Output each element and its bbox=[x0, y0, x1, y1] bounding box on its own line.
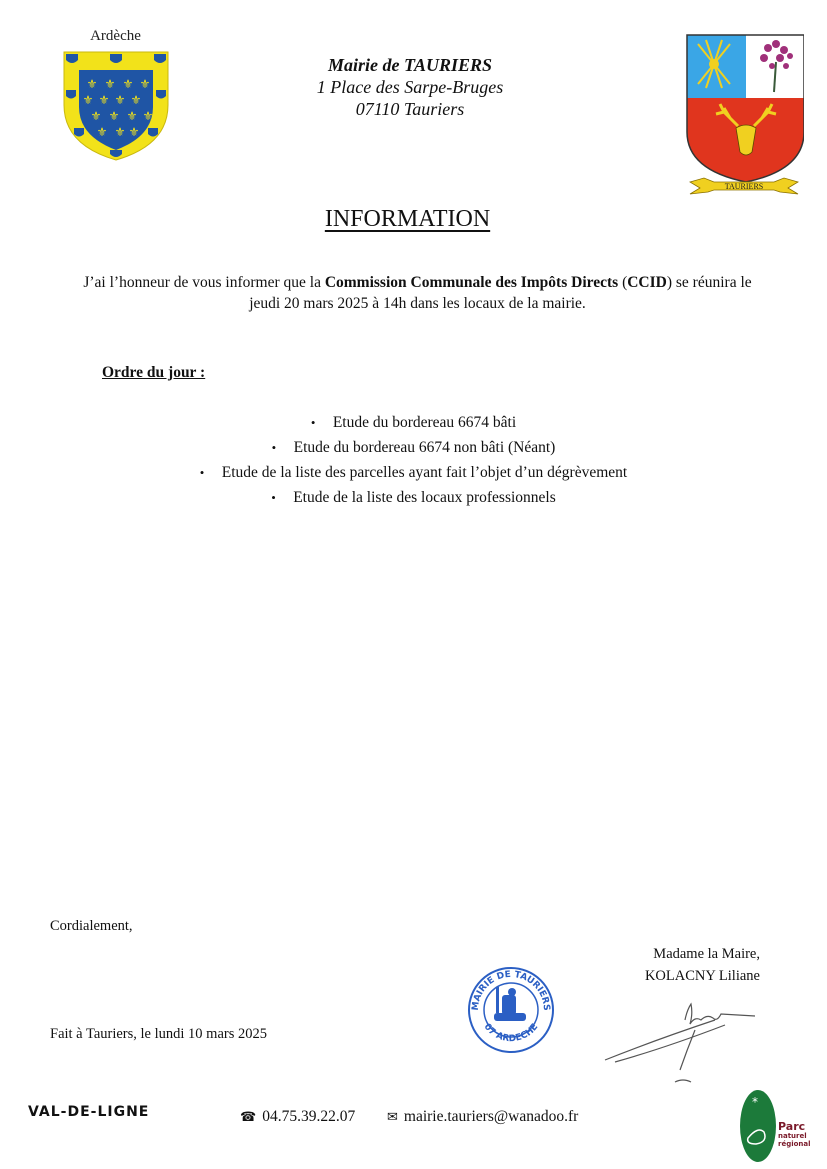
park-text: Parc naturel régional bbox=[778, 1121, 811, 1148]
mairie-address: 1 Place des Sarpe-Bruges bbox=[250, 76, 570, 98]
svg-text:⚜: ⚜ bbox=[83, 93, 94, 107]
svg-text:07 ARDECHE: 07 ARDECHE bbox=[482, 1022, 541, 1044]
signatory-title: Madame la Maire, bbox=[600, 943, 760, 965]
bullet-icon: • bbox=[272, 435, 294, 460]
footer-phone: ☎04.75.39.22.07 bbox=[240, 1108, 355, 1126]
svg-text:⚜: ⚜ bbox=[131, 93, 142, 107]
stamp-bottom-text: 07 ARDECHE bbox=[482, 1022, 541, 1044]
svg-text:⚜: ⚜ bbox=[99, 93, 110, 107]
parc-naturel-regional-logo: * Parc naturel régional bbox=[738, 1088, 823, 1166]
official-stamp: MAIRIE DE TAURIERS 07 ARDECHE bbox=[466, 965, 556, 1060]
intro-text-1: J’ai l’honneur de vous informer que la bbox=[83, 274, 324, 291]
val-de-ligne-logo: VAL-DE-LIGNE bbox=[28, 1104, 149, 1120]
agenda-item-text: Etude de la liste des locaux professionn… bbox=[293, 489, 556, 506]
envelope-icon: ✉ bbox=[387, 1110, 398, 1125]
agenda-item: •Etude de la liste des locaux profession… bbox=[0, 485, 827, 510]
svg-text:*: * bbox=[752, 1095, 758, 1109]
agenda-item-text: Etude du bordereau 6674 non bâti (Néant) bbox=[294, 439, 556, 456]
bullet-icon: • bbox=[271, 485, 293, 510]
svg-text:⚜: ⚜ bbox=[115, 93, 126, 107]
park-text-line1: Parc bbox=[778, 1121, 811, 1132]
tauriers-banner-text: TAURIERS bbox=[725, 182, 763, 191]
mairie-stamp-icon: MAIRIE DE TAURIERS 07 ARDECHE bbox=[466, 965, 556, 1055]
bullet-icon: • bbox=[311, 410, 333, 435]
document-title: INFORMATION bbox=[0, 206, 815, 233]
signature-icon bbox=[595, 990, 765, 1090]
agenda-item: •Etude du bordereau 6674 bâti bbox=[0, 410, 827, 435]
svg-text:⚜: ⚜ bbox=[143, 109, 154, 123]
signatory-block: Madame la Maire, KOLACNY Liliane bbox=[600, 943, 760, 987]
intro-paragraph: J’ai l’honneur de vous informer que la C… bbox=[40, 272, 795, 314]
agenda-list: •Etude du bordereau 6674 bâti •Etude du … bbox=[0, 410, 827, 510]
handwritten-signature bbox=[595, 990, 765, 1095]
park-text-line3: régional bbox=[778, 1140, 811, 1148]
svg-text:⚜: ⚜ bbox=[127, 109, 138, 123]
meeting-date-line: jeudi 20 mars 2025 à 14h dans les locaux… bbox=[249, 295, 586, 312]
phone-number: 04.75.39.22.07 bbox=[262, 1108, 355, 1125]
commission-name: Commission Communale des Impôts Directs bbox=[325, 274, 618, 291]
svg-text:⚜: ⚜ bbox=[115, 125, 126, 139]
park-text-line2: naturel bbox=[778, 1132, 811, 1140]
svg-text:⚜: ⚜ bbox=[123, 77, 134, 91]
svg-text:⚜: ⚜ bbox=[140, 77, 151, 91]
agenda-heading: Ordre du jour : bbox=[102, 364, 205, 382]
commission-acronym: CCID bbox=[627, 274, 667, 291]
ardeche-crest: Ardèche ⚜⚜⚜⚜ ⚜⚜⚜⚜ ⚜⚜⚜⚜ ⚜⚜⚜ bbox=[58, 28, 173, 168]
svg-text:⚜: ⚜ bbox=[87, 77, 98, 91]
bullet-icon: • bbox=[200, 460, 222, 485]
svg-text:⚜: ⚜ bbox=[109, 109, 120, 123]
park-leaf-icon: * bbox=[738, 1088, 778, 1164]
mairie-header: Mairie de TAURIERS 1 Place des Sarpe-Bru… bbox=[250, 54, 570, 120]
svg-text:⚜: ⚜ bbox=[97, 125, 108, 139]
svg-text:⚜: ⚜ bbox=[129, 125, 140, 139]
agenda-item: •Etude du bordereau 6674 non bâti (Néant… bbox=[0, 435, 827, 460]
closing-salutation: Cordialement, bbox=[50, 918, 133, 935]
agenda-item-text: Etude de la liste des parcelles ayant fa… bbox=[222, 464, 627, 481]
ardeche-shield-icon: ⚜⚜⚜⚜ ⚜⚜⚜⚜ ⚜⚜⚜⚜ ⚜⚜⚜ bbox=[62, 50, 170, 162]
mairie-title: Mairie de TAURIERS bbox=[250, 54, 570, 76]
svg-text:⚜: ⚜ bbox=[105, 77, 116, 91]
intro-text-3: ) se réunira le bbox=[667, 274, 752, 291]
email-address[interactable]: mairie.tauriers@wanadoo.fr bbox=[404, 1108, 578, 1125]
intro-text-2: ( bbox=[618, 274, 627, 291]
agenda-item: •Etude de la liste des parcelles ayant f… bbox=[0, 460, 827, 485]
svg-text:⚜: ⚜ bbox=[91, 109, 102, 123]
place-and-date: Fait à Tauriers, le lundi 10 mars 2025 bbox=[50, 1026, 267, 1043]
tauriers-shield-icon: TAURIERS bbox=[684, 32, 804, 197]
tauriers-crest: TAURIERS bbox=[684, 32, 804, 197]
footer-email: ✉mairie.tauriers@wanadoo.fr bbox=[387, 1108, 578, 1126]
phone-icon: ☎ bbox=[240, 1110, 256, 1125]
agenda-item-text: Etude du bordereau 6674 bâti bbox=[333, 414, 516, 431]
mairie-postal-code: 07110 Tauriers bbox=[250, 98, 570, 120]
signatory-name: KOLACNY Liliane bbox=[600, 965, 760, 987]
ardeche-crest-label: Ardèche bbox=[58, 28, 173, 45]
